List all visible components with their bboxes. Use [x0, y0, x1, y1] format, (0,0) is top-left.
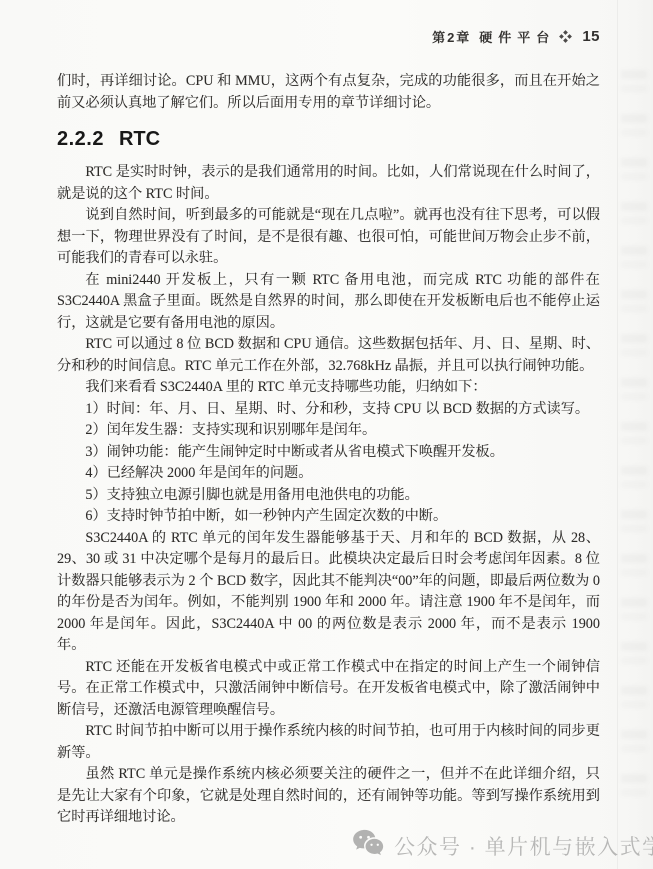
list-item: 3）闹钟功能：能产生闹钟定时中断或者从省电模式下唤醒开发板。 [57, 442, 600, 464]
body-text: 们时，再详细讨论。CPU 和 MMU，这两个有点复杂，完成的功能很多，而且在开始… [57, 71, 600, 829]
paragraph: 我们来看看 S3C2440A 里的 RTC 单元支持哪些功能，归纳如下： [57, 377, 600, 399]
watermark-label: 公众号 · 单片机与嵌入式学堂 [394, 831, 653, 861]
page-content: 第2章 硬件平台 15 们时，再详细讨论。CPU 和 MMU，这两个有点复杂，完… [57, 26, 600, 829]
book-page-scan: 第2章 硬件平台 15 们时，再详细讨论。CPU 和 MMU，这两个有点复杂，完… [0, 0, 653, 869]
page-edge-line [617, 0, 618, 869]
section-heading: 2.2.2RTC [57, 126, 600, 152]
paragraph: 虽然 RTC 单元是操作系统内核必须要关注的硬件之一，但并不在此详细介绍，只是先… [57, 764, 600, 829]
list-item: 4）已经解决 2000 年是闰年的问题。 [57, 463, 600, 485]
paragraph: 在 mini2440 开发板上，只有一颗 RTC 备用电池，而完成 RTC 功能… [57, 270, 600, 335]
paragraph: RTC 可以通过 8 位 BCD 数据和 CPU 通信。这些数据包括年、月、日、… [57, 334, 600, 377]
reverse-side-bleedthrough [621, 70, 647, 800]
running-head: 第2章 硬件平台 15 [57, 26, 600, 46]
features-list: 1）时间：年、月、日、星期、时、分和秒，支持 CPU 以 BCD 数据的方式读写… [57, 399, 600, 528]
paragraph: RTC 还能在开发板省电模式中或正常工作模式中在指定的时间上产生一个闹钟信号。在… [57, 657, 600, 722]
section-title: RTC [119, 128, 160, 150]
paragraph: RTC 时间节拍中断可以用于操作系统内核的时间节拍，也可用于内核时间的同步更新等… [57, 721, 600, 764]
chapter-label: 第2章 [432, 27, 471, 46]
list-item: 1）时间：年、月、日、星期、时、分和秒，支持 CPU 以 BCD 数据的方式读写… [57, 399, 600, 421]
paragraph: 说到自然时间，听到最多的可能就是“现在几点啦”。就再也没有往下思考，可以假想一下… [57, 205, 600, 270]
four-diamonds-ornament-icon [559, 30, 572, 43]
continuation-paragraph: 们时，再详细讨论。CPU 和 MMU，这两个有点复杂，完成的功能很多，而且在开始… [57, 71, 600, 114]
section-number: 2.2.2 [57, 128, 104, 150]
wechat-icon [352, 829, 385, 863]
list-item: 6）支持时钟节拍中断，如一秒钟内产生固定次数的中断。 [57, 506, 600, 528]
page-number: 15 [582, 28, 600, 45]
list-item: 5）支持独立电源引脚也就是用备用电池供电的功能。 [57, 485, 600, 507]
paragraph: S3C2440A 的 RTC 单元的闰年发生器能够基于天、月和年的 BCD 数据… [57, 528, 600, 657]
list-item: 2）闰年发生器：支持实现和识别哪年是闰年。 [57, 420, 600, 442]
paragraph: RTC 是实时时钟，表示的是我们通常用的时间。比如，人们常说现在什么时间了，就是… [57, 162, 600, 205]
chapter-title: 硬件平台 [479, 27, 555, 46]
watermark: 公众号 · 单片机与嵌入式学堂 [352, 829, 653, 863]
